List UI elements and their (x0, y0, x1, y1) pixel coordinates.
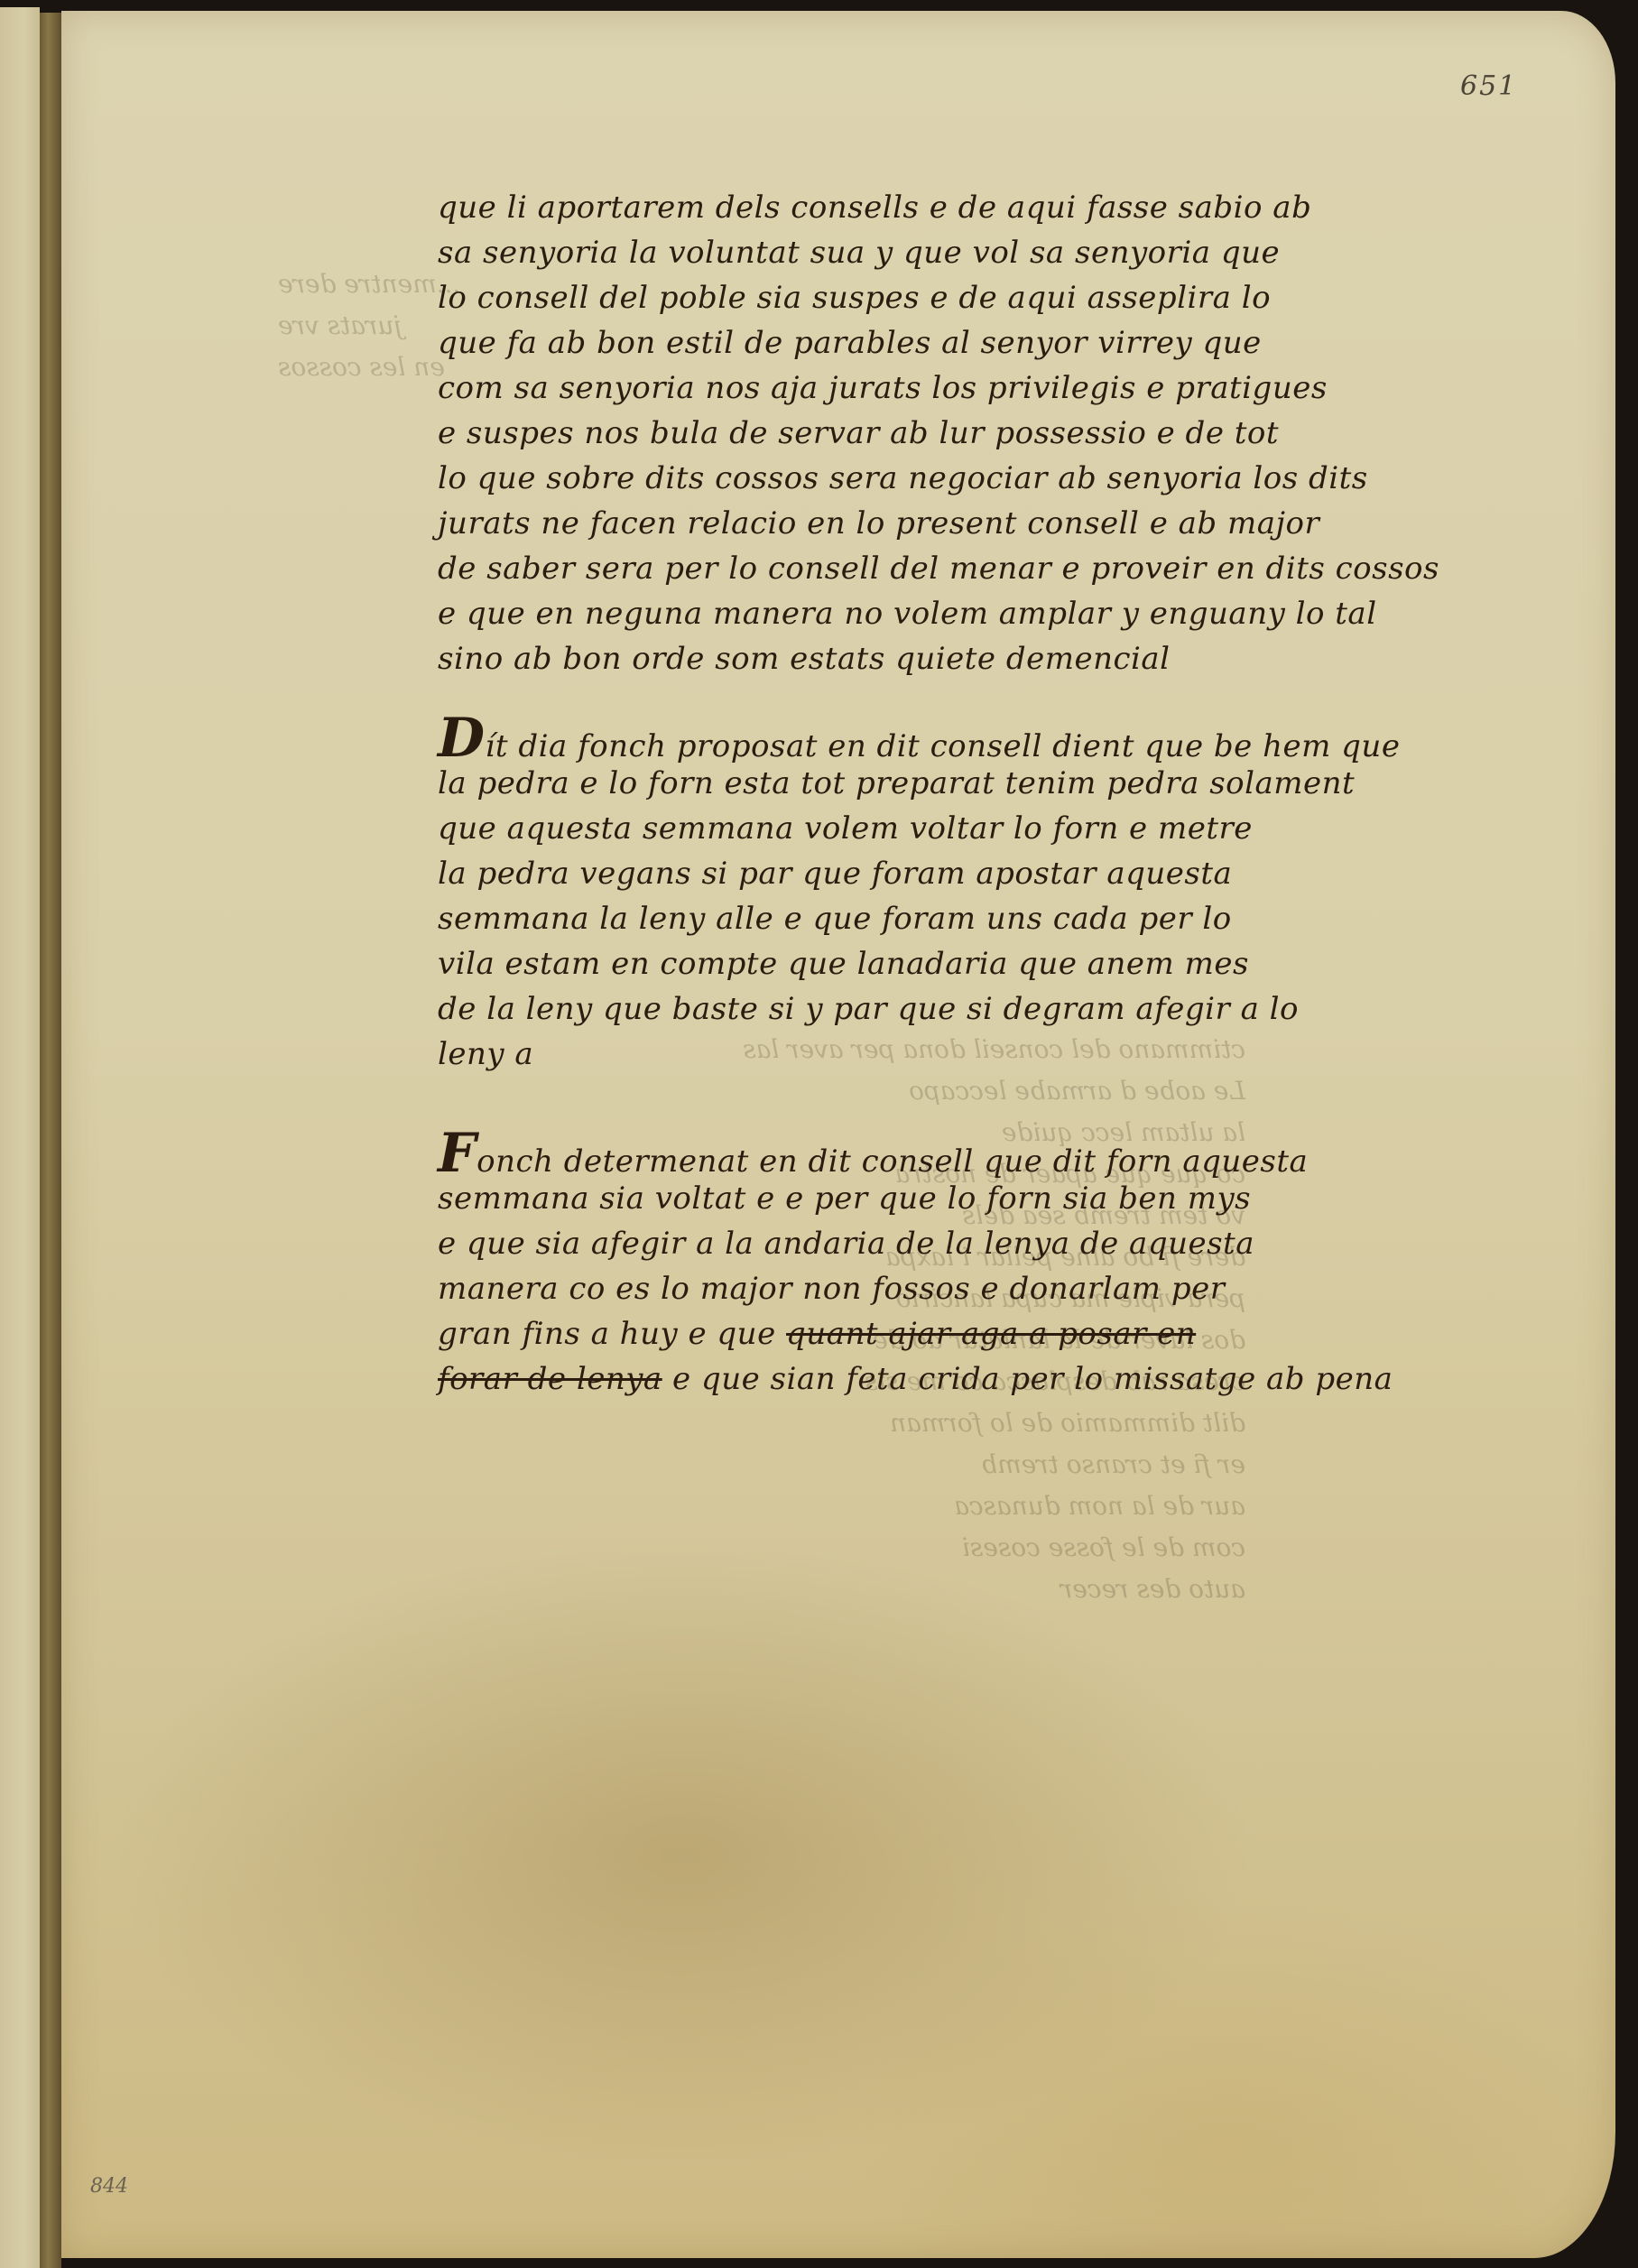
text-line: vila estam en compte que lanadaria que a… (438, 941, 1534, 986)
binding-gutter (40, 13, 61, 2268)
text-line: sa senyoria la voluntat sua y que vol sa… (438, 230, 1534, 275)
text-line: que li aportarem dels consells e de aqui… (438, 185, 1534, 230)
text-line: la pedra vegans si par que foram apostar… (438, 851, 1534, 896)
text-line: com sa senyoria nos aja jurats los privi… (438, 366, 1534, 411)
pencil-mark: 844 (90, 2175, 128, 2198)
paragraph-3: Fonch determenat en dit consell que dit … (438, 1131, 1534, 1402)
text-line: Fonch determenat en dit consell que dit … (438, 1131, 1534, 1176)
text-line: e que sia afegir a la andaria de la leny… (438, 1221, 1534, 1266)
text-line: que aquesta semmana volem voltar lo forn… (438, 806, 1534, 851)
text-line: semmana sia voltat e e per que lo forn s… (438, 1176, 1534, 1221)
text-line: sino ab bon orde som estats quiete demen… (438, 636, 1534, 681)
text-line: que fa ab bon estil de parables al senyo… (438, 320, 1534, 366)
text-line: e suspes nos bula de servar ab lur posse… (438, 411, 1534, 456)
text-line: la pedra e lo forn esta tot preparat ten… (438, 761, 1534, 806)
text-line: manera co es lo major non fossos e donar… (438, 1266, 1534, 1311)
text-line: semmana la leny alle e que foram uns cad… (438, 896, 1534, 941)
text-line: lo que sobre dits cossos sera negociar a… (438, 456, 1534, 501)
facing-page-edge (0, 7, 40, 2268)
text-line: lo consell del poble sia suspes e de aqu… (438, 275, 1534, 320)
folio-number: 651 (1460, 70, 1517, 102)
text-line: de saber sera per lo consell del menar e… (438, 546, 1534, 591)
struck-text: quant ajar aga a posar en (786, 1316, 1196, 1352)
manuscript-text: que li aportarem dels consells e de aqui… (438, 185, 1534, 1436)
text-line: leny a (438, 1032, 1534, 1077)
text-line: de la leny que baste si y par que si deg… (438, 986, 1534, 1032)
text-line: jurats ne facen relacio en lo present co… (438, 501, 1534, 546)
paragraph-2: Dít dia fonch proposat en dit consell di… (438, 716, 1534, 1077)
struck-text: forar de lenya (438, 1361, 662, 1397)
text-line: forar de lenya e que sian feta crida per… (438, 1356, 1534, 1402)
text-line: e que en neguna manera no volem amplar y… (438, 591, 1534, 636)
paragraph-1: que li aportarem dels consells e de aqui… (438, 185, 1534, 681)
text-line: gran fins a huy e que quant ajar aga a p… (438, 1311, 1534, 1356)
text-line: Dít dia fonch proposat en dit consell di… (438, 716, 1534, 761)
